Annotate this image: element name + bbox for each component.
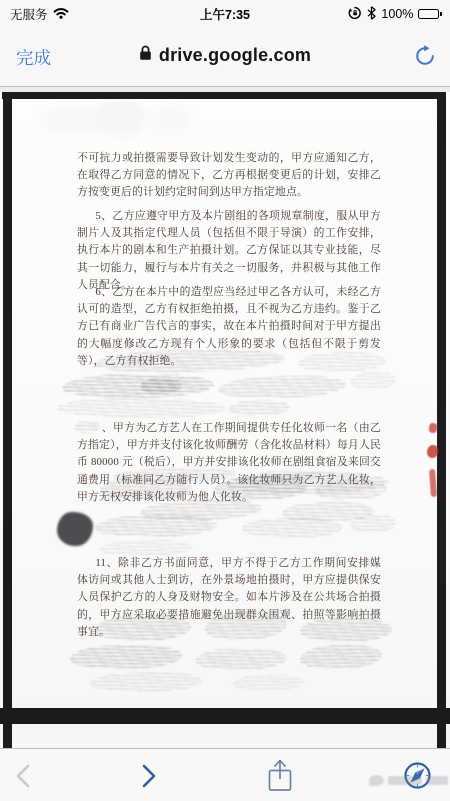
address-field[interactable]: drive.google.com <box>0 45 450 66</box>
redaction-ink-blob <box>57 512 93 546</box>
page-smudge <box>95 99 147 137</box>
page-smudge <box>40 107 102 133</box>
redaction-scribble <box>62 374 214 398</box>
photo-frame-bottom <box>0 708 450 724</box>
redaction-scribble <box>218 375 346 399</box>
safari-url-bar: 完成 drive.google.com <box>0 28 450 87</box>
battery-percent-label: 100% <box>381 7 413 21</box>
share-button[interactable] <box>264 749 296 801</box>
redaction-scribble <box>57 397 225 420</box>
weibo-watermark-text-blur <box>426 776 448 785</box>
redaction-scribble <box>350 515 396 533</box>
photo-frame-left <box>3 92 12 748</box>
weibo-watermark-icon <box>369 775 384 786</box>
redaction-scribble <box>242 517 342 539</box>
battery-icon <box>418 9 442 19</box>
weibo-watermark <box>369 775 448 786</box>
safari-bottom-toolbar <box>0 748 450 801</box>
back-button[interactable] <box>10 749 36 801</box>
redaction-scribble <box>350 372 396 390</box>
redaction-scribble <box>300 644 382 669</box>
bluetooth-icon <box>367 6 376 23</box>
photo-frame-top <box>2 92 446 99</box>
refresh-button[interactable] <box>414 45 436 67</box>
red-edge-mark <box>427 445 438 458</box>
page-smudge <box>150 105 192 135</box>
redaction-scribble <box>228 400 290 416</box>
redaction-scribble <box>100 540 192 556</box>
url-text: drive.google.com <box>159 45 311 66</box>
redaction-scribble <box>95 515 217 537</box>
contract-clause-5: 5、乙方应遵守甲方及本片剧组的各项规章制度，服从甲方制片人及其指定代理人员（包括… <box>77 208 381 294</box>
forward-button[interactable] <box>136 749 162 801</box>
document-photo[interactable]: 不可抗力或拍摄需要导致计划发生变动的，甲方应通知乙方，在取得乙方同意的情况下，乙… <box>0 87 450 748</box>
weibo-watermark-text-blur <box>388 776 422 785</box>
redaction-scribble <box>70 645 182 669</box>
redaction-scribble <box>195 648 287 670</box>
lock-icon <box>139 45 152 66</box>
redaction-scribble <box>232 675 304 691</box>
contract-paragraph-continuation: 不可抗力或拍摄需要导致计划发生变动的，甲方应通知乙方，在取得乙方同意的情况下，乙… <box>77 150 381 202</box>
photo-frame-right <box>437 92 446 748</box>
redaction-scribble <box>90 672 202 692</box>
red-edge-mark <box>429 469 437 497</box>
status-bar: 无服务 上午7:35 <box>0 0 450 28</box>
iphone-safari-screen: 无服务 上午7:35 <box>0 0 450 801</box>
orientation-lock-icon <box>348 6 362 23</box>
